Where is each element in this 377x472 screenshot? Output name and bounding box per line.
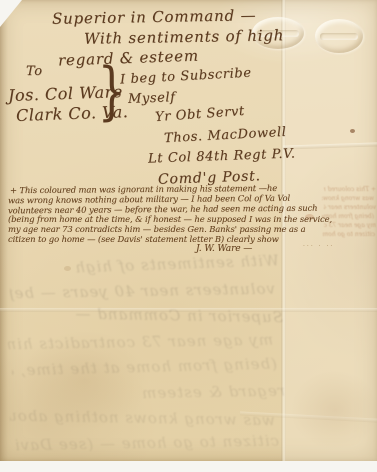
- embossed-seal-band: [320, 33, 358, 40]
- embossed-seal-right: [315, 19, 363, 53]
- closing-line-2: With sentiments of high: [84, 26, 284, 47]
- closing-line-3: regard & esteem: [58, 47, 199, 70]
- bleedthrough-line: my age near 73 contradicts him — besides…: [8, 331, 273, 354]
- note-line-4: (being from home at the time, & if hones…: [8, 214, 332, 224]
- address-to: To: [26, 64, 43, 79]
- bleedthrough-line: was wrong knows nothing about military —…: [10, 407, 275, 430]
- scanned-letter-page: With sentiments of high volunteers near …: [0, 0, 377, 472]
- soft-stain: [290, 370, 377, 450]
- bleedthrough-line: regard & esteem: [20, 382, 285, 405]
- note-signature: J. W. Ware —: [196, 244, 252, 254]
- valediction-line-1: I beg to Subscribe: [120, 66, 252, 88]
- bleedthrough-line: Superior in Command —: [18, 304, 283, 327]
- bleedthrough-small-line: citizen to go home — (see Davis' stateme…: [323, 231, 375, 238]
- signature-name: Thos. MacDowell: [164, 125, 287, 146]
- bleedthrough-small-line: volunteers near 40 years — before the wa…: [324, 204, 376, 211]
- note-line-6: citizen to go home — (see Davis' stateme…: [8, 234, 279, 244]
- signature-rank: Lt Col 84th Regt P.V.: [148, 146, 296, 166]
- address-brace: }: [98, 55, 127, 128]
- ink-speck: [350, 129, 355, 133]
- valediction-line-3: Yr Obt Servt: [155, 104, 246, 125]
- bleedthrough-line: citizen to go home — (see Davis' stateme…: [14, 432, 279, 455]
- bleedthrough-small-line: was wrong knows nothing about military —…: [322, 195, 374, 202]
- bleedthrough-line: With sentiments of high: [14, 251, 279, 278]
- bleedthrough-small-line: + This coloured man was ignorant in maki…: [324, 186, 376, 193]
- valediction-line-2: Myself: [128, 90, 176, 107]
- paper-edge-shadow: [0, 0, 8, 461]
- bleedthrough-line: volunteers near 40 years — before the wa…: [10, 280, 275, 303]
- closing-line-1: Superior in Command —: [52, 6, 257, 28]
- note-line-5: my age near 73 contradicts him — besides…: [8, 224, 305, 234]
- faint-notation: ··· · ··: [303, 243, 334, 250]
- paper-sheet: With sentiments of high volunteers near …: [0, 0, 377, 461]
